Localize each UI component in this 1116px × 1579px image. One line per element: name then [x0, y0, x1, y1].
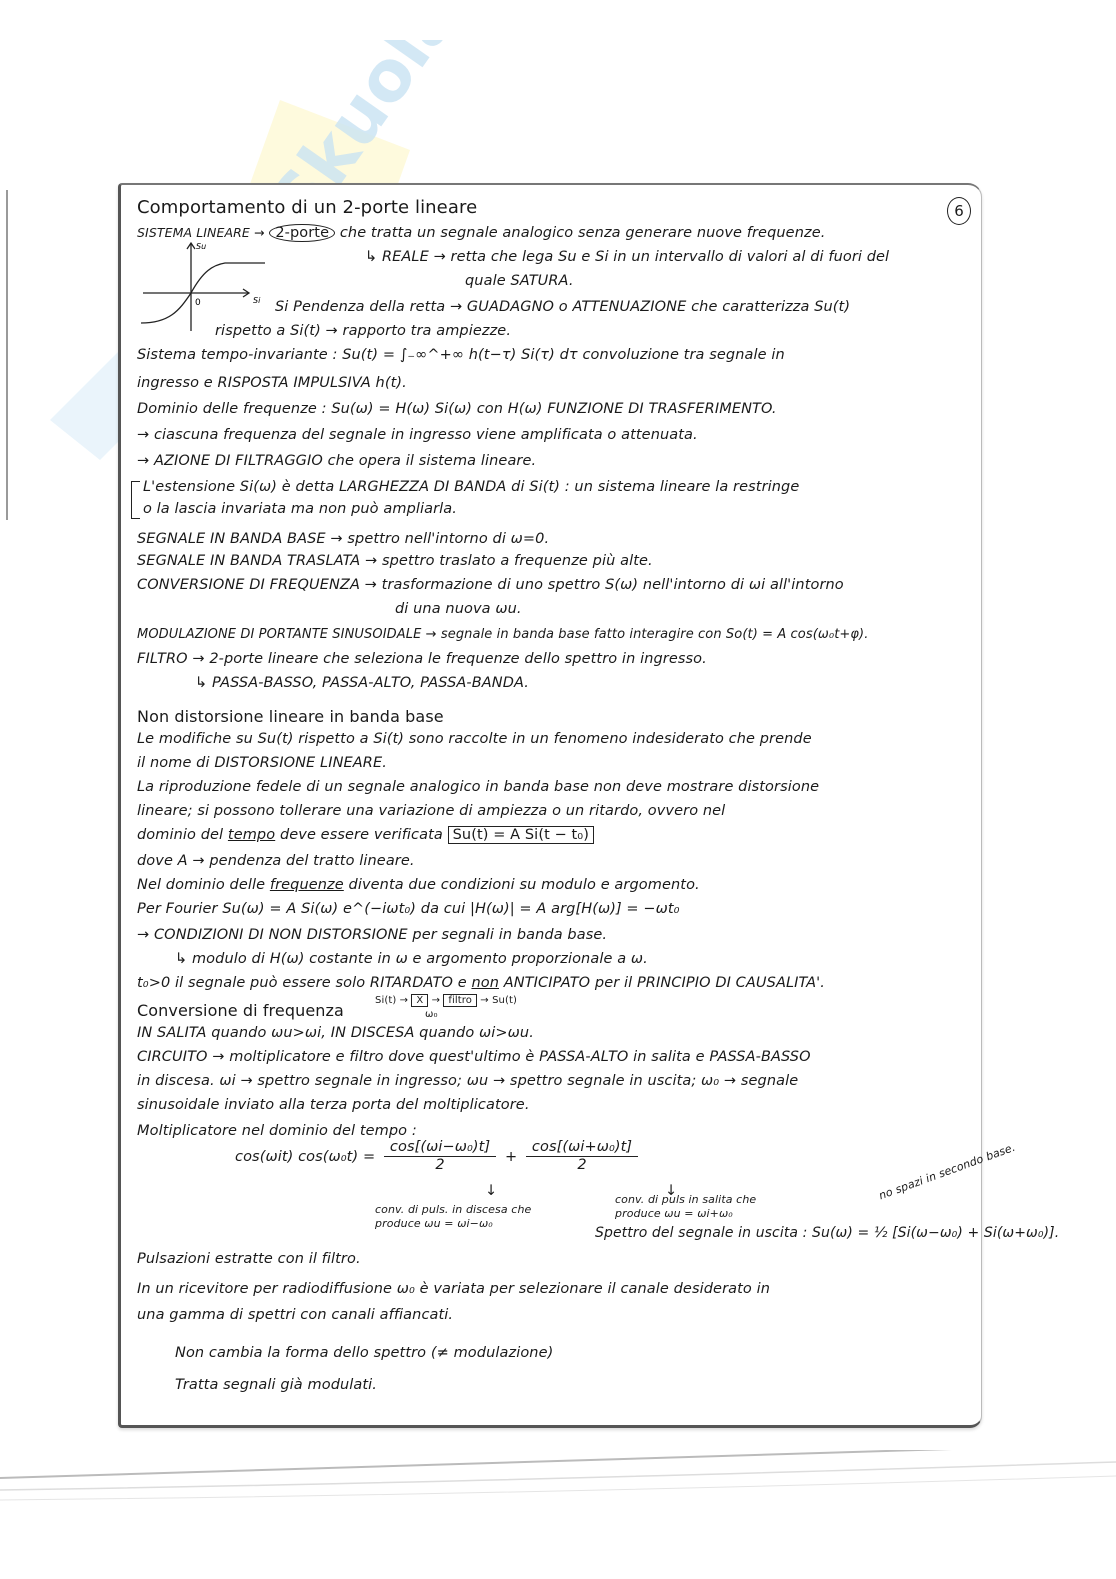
note-line: Per Fourier Su(ω) = A Si(ω) e^(−iωt₀) da…: [137, 901, 680, 918]
note-line: IN SALITA quando ωu>ωi, IN DISCESA quand…: [137, 1025, 534, 1042]
adjacent-page-edge: [0, 190, 8, 520]
note-line: in discesa. ωi → spettro segnale in ingr…: [137, 1073, 798, 1090]
product-formula: cos(ωit) cos(ω₀t) = cos[(ωi−ω₀)t]2 + cos…: [235, 1139, 642, 1175]
circled-term: 2-porte: [269, 224, 335, 242]
note-line: sinusoidale inviato alla terza porta del…: [137, 1097, 530, 1114]
note-line: Nel dominio delle frequenze diventa due …: [137, 877, 700, 894]
note-line: → ciascuna frequenza del segnale in ingr…: [137, 427, 698, 444]
note-line: rispetto a Si(t) → rapporto tra ampiezze…: [215, 323, 511, 340]
note-line: di una nuova ωu.: [395, 601, 522, 618]
notebook-page: 6 Su 0 Si Comportamento di un 2-porte li…: [118, 183, 982, 1428]
note-line: ↳ PASSA-BASSO, PASSA-ALTO, PASSA-BANDA.: [195, 675, 529, 692]
section-title: Comportamento di un 2-porte lineare: [137, 197, 477, 219]
note-line: → AZIONE DI FILTRAGGIO che opera il sist…: [137, 453, 536, 470]
bracket-mark: [131, 481, 140, 519]
note-line: ↳ REALE → retta che lega Su e Si in un i…: [365, 249, 889, 266]
note-line: Spettro del segnale in uscita : Su(ω) = …: [595, 1225, 1059, 1242]
note-line: Pulsazioni estratte con il filtro.: [137, 1251, 361, 1268]
note-line: → CONDIZIONI DI NON DISTORSIONE per segn…: [137, 927, 607, 944]
note-line: dove A → pendenza del tratto lineare.: [137, 853, 415, 870]
note-line: Sistema tempo-invariante : Su(t) = ∫₋∞^+…: [137, 347, 785, 364]
note-line: In un ricevitore per radiodiffusione ω₀ …: [137, 1281, 770, 1298]
note-line: Dominio delle frequenze : Su(ω) = H(ω) S…: [137, 401, 777, 418]
note-line: SEGNALE IN BANDA TRASLATA → spettro tras…: [137, 553, 653, 570]
subsection-title: Conversione di frequenza: [137, 1001, 344, 1020]
note-line: Si Pendenza della retta → GUADAGNO o ATT…: [275, 299, 850, 316]
annotation: conv. di puls. in discesa che: [375, 1203, 531, 1216]
note-line: L'estensione Si(ω) è detta LARGHEZZA DI …: [143, 479, 799, 496]
page-number: 6: [947, 197, 971, 225]
note-line: SEGNALE IN BANDA BASE → spettro nell'int…: [137, 531, 549, 548]
scan-artifact-lines: [0, 1450, 1116, 1510]
svg-text:Si: Si: [253, 296, 261, 305]
note-line: Moltiplicatore nel dominio del tempo :: [137, 1123, 417, 1140]
note-line: Non cambia la forma dello spettro (≠ mod…: [175, 1345, 553, 1362]
subsection-title: Non distorsione lineare in banda base: [137, 707, 444, 726]
note-line: SISTEMA LINEARE → 2-porte che tratta un …: [137, 225, 825, 242]
note-line: t₀>0 il segnale può essere solo RITARDAT…: [137, 975, 825, 992]
note-line: o la lascia invariata ma non può ampliar…: [143, 501, 457, 518]
note-line: ingresso e RISPOSTA IMPULSIVA h(t).: [137, 375, 407, 392]
note-line: FILTRO → 2-porte lineare che seleziona l…: [137, 651, 707, 668]
note-line: La riproduzione fedele di un segnale ana…: [137, 779, 819, 796]
note-line: MODULAZIONE DI PORTANTE SINUSOIDALE → se…: [137, 627, 868, 643]
annotation: produce ωu = ωi+ω₀: [615, 1207, 733, 1220]
note-line: ↳ modulo di H(ω) costante in ω e argomen…: [175, 951, 648, 968]
note-line: lineare; si possono tollerare una variaz…: [137, 803, 725, 820]
svg-text:Su: Su: [196, 242, 206, 251]
conversion-block-diagram: Si(t) → X → filtro → Su(t) ω₀: [375, 995, 517, 1007]
annotation: produce ωu = ωi−ω₀: [375, 1217, 493, 1230]
annotation: conv. di puls in salita che: [615, 1193, 756, 1206]
note-line: CONVERSIONE DI FREQUENZA → trasformazion…: [137, 577, 844, 594]
boxed-formula: Su(t) = A Si(t − t₀): [448, 826, 594, 844]
arrow-icon: ↓: [485, 1183, 497, 1200]
note-line: CIRCUITO → moltiplicatore e filtro dove …: [137, 1049, 811, 1066]
note-line: Le modifiche su Su(t) rispetto a Si(t) s…: [137, 731, 812, 748]
note-line: dominio del tempo deve essere verificata…: [137, 827, 594, 844]
annotation: no spazi in secondo base.: [877, 1141, 1017, 1203]
svg-text:0: 0: [195, 298, 201, 308]
note-line: quale SATURA.: [465, 273, 574, 290]
note-line: una gamma di spettri con canali affianca…: [137, 1307, 453, 1324]
note-line: il nome di DISTORSIONE LINEARE.: [137, 755, 387, 772]
note-line: Tratta segnali già modulati.: [175, 1377, 377, 1394]
